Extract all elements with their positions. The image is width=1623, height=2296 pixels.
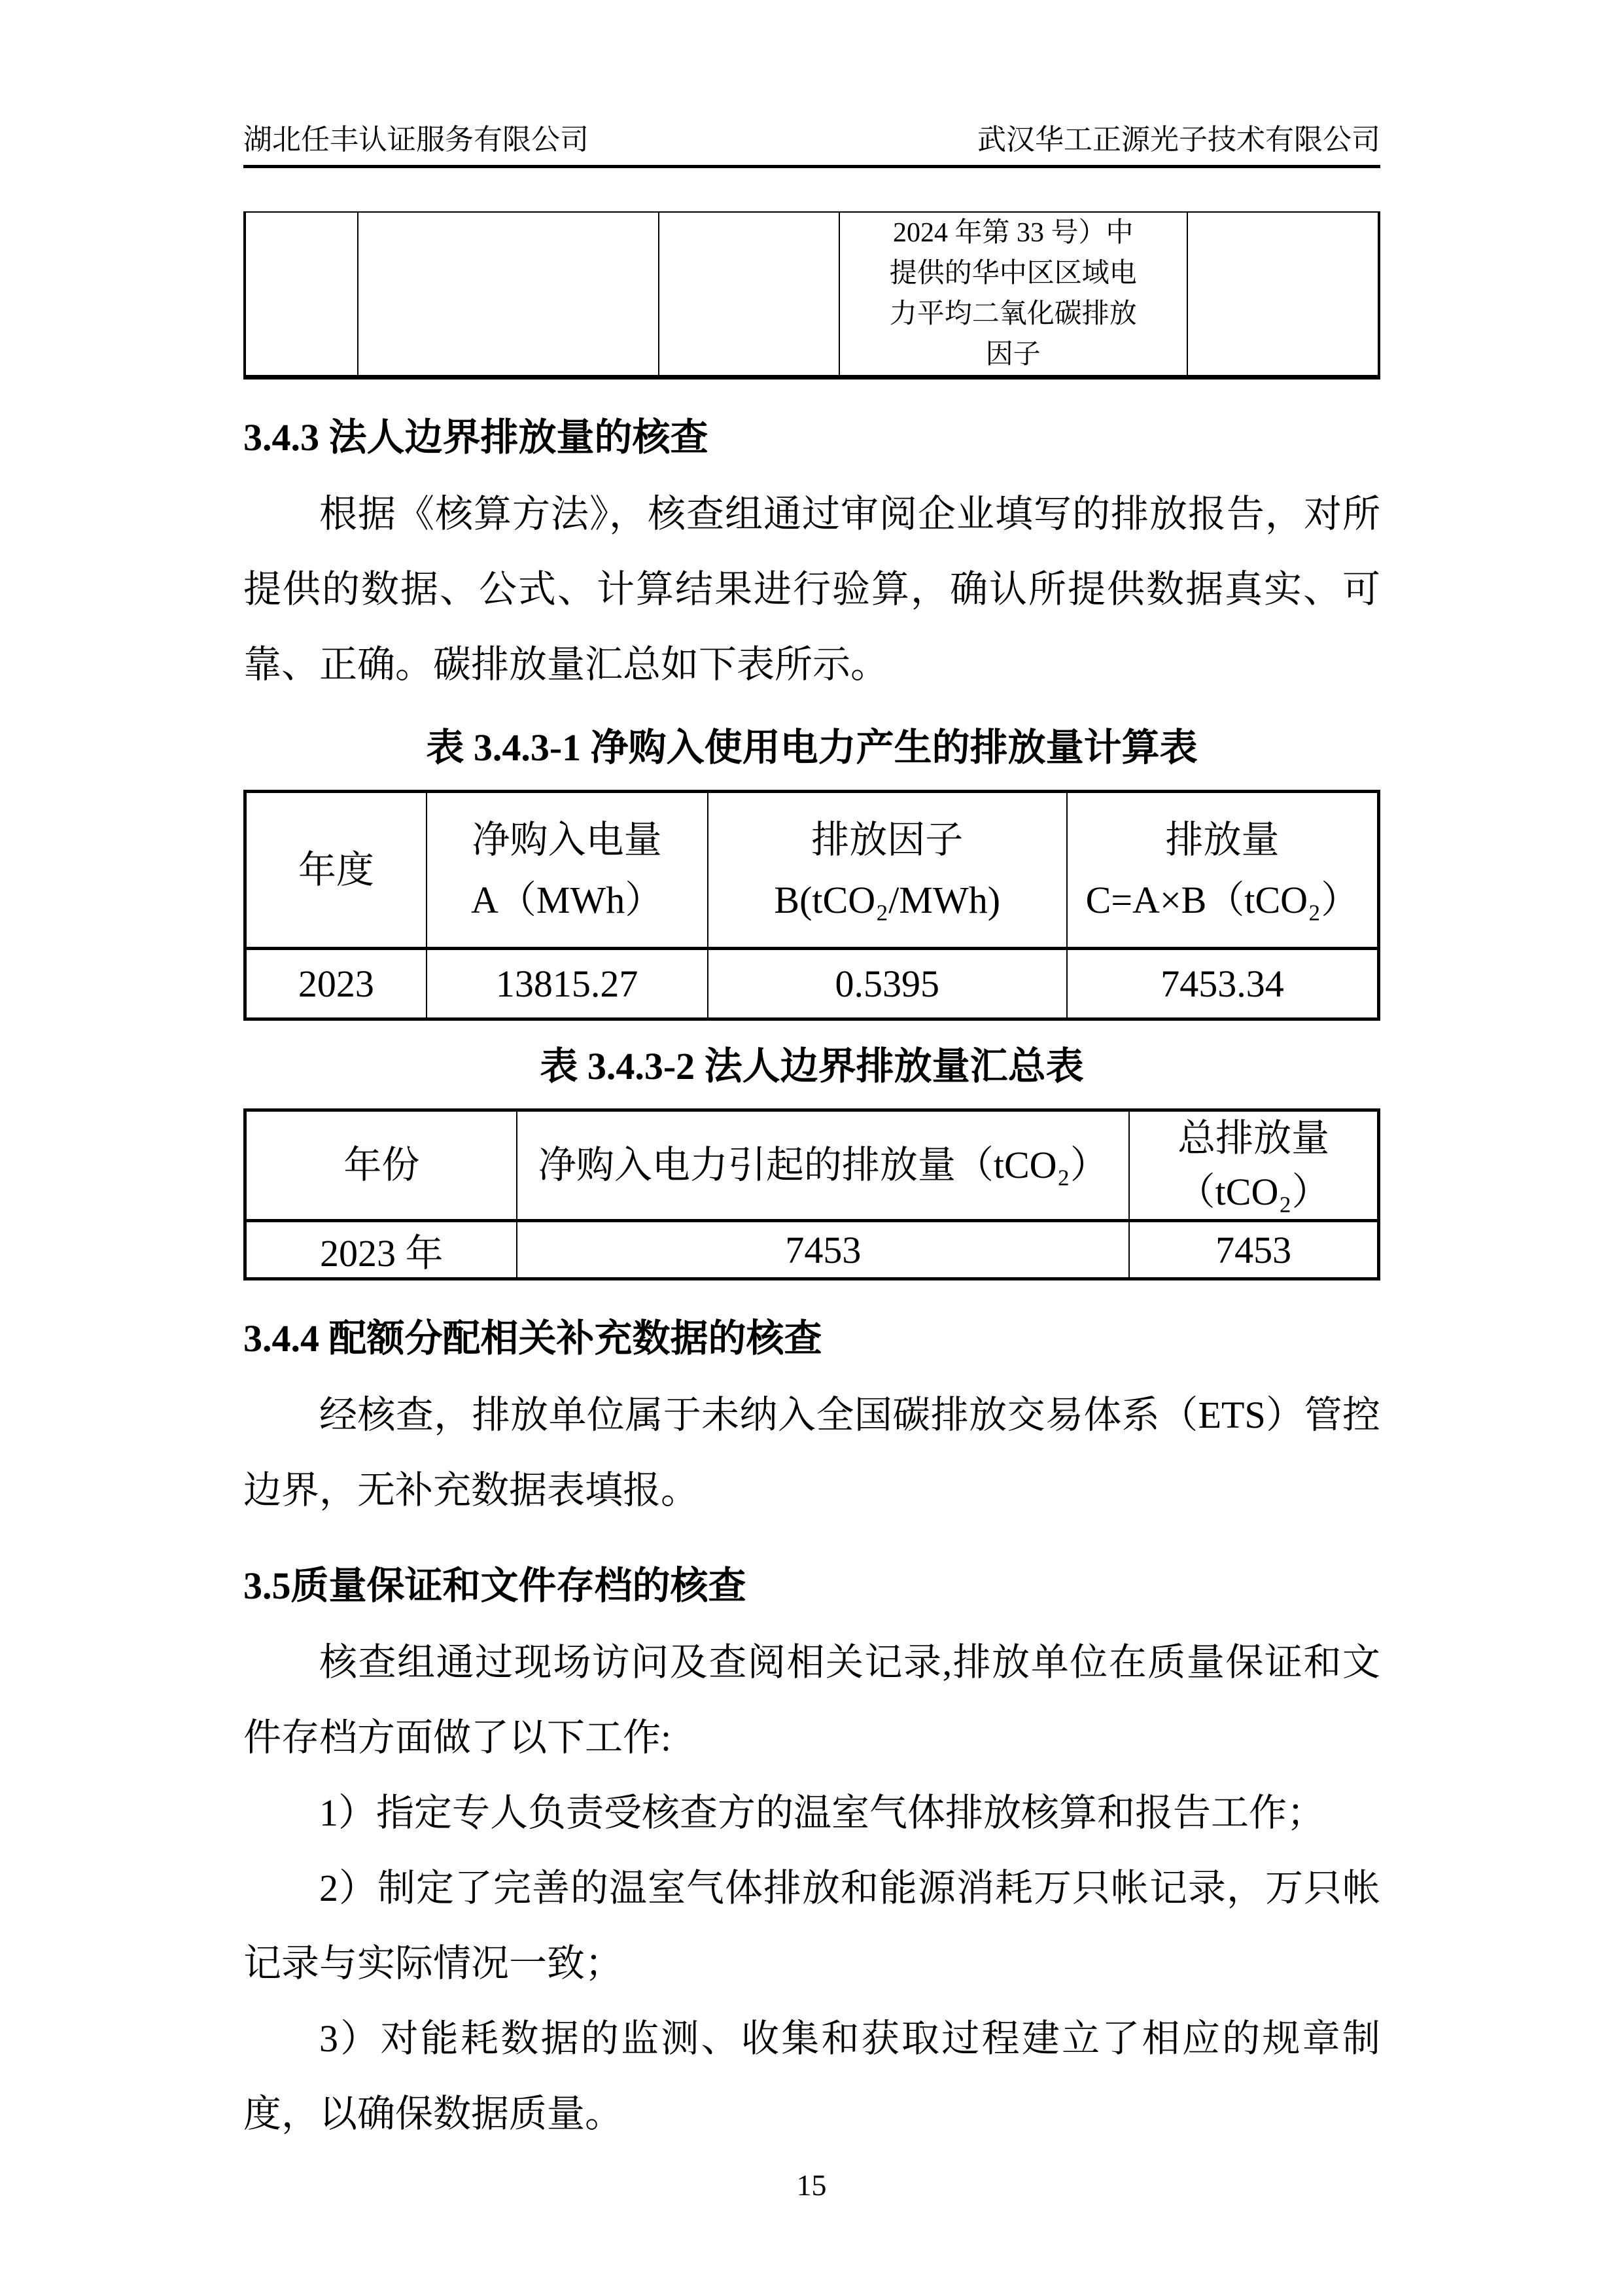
cell-electricity-emissions: 7453	[517, 1221, 1129, 1279]
table-header-row: 年度 净购入电量 A（MWh） 排放因子 B(tCO₂/MWh) 排放量 C=A…	[245, 792, 1379, 949]
table-row: 2023 13815.27 0.5395 7453.34	[245, 949, 1379, 1019]
header-rule	[243, 165, 1380, 168]
boundary-emission-summary-table: 年份 净购入电力引起的排放量（tCO₂） 总排放量 （tCO₂） 2023 年 …	[243, 1108, 1380, 1280]
col-header-net-purchased-electricity: 净购入电量 A（MWh）	[427, 792, 708, 949]
continued-table: 2024 年第 33 号）中 提供的华中区区域电 力平均二氧化碳排放 因子	[243, 211, 1380, 380]
cell-year: 2023	[245, 949, 427, 1019]
cell-emission-factor: 0.5395	[708, 949, 1067, 1019]
list-item-2: 2）制定了完善的温室气体排放和能源消耗万只帐记录，万只帐记录与实际情况一致；	[243, 1850, 1380, 2001]
paragraph-3-4-3: 根据《核算方法》，核查组通过审阅企业填写的排放报告，对所提供的数据、公式、计算结…	[243, 476, 1380, 702]
table-cell	[1187, 212, 1379, 378]
col-header-year: 年度	[245, 792, 427, 949]
col-header-electricity-emissions: 净购入电力引起的排放量（tCO₂）	[517, 1110, 1129, 1221]
page-header: 湖北任丰认证服务有限公司 武汉华工正源光子技术有限公司	[243, 123, 1380, 157]
cell-net-purchased-electricity: 13815.27	[427, 949, 708, 1019]
table2-title: 表 3.4.3-2 法人边界排放量汇总表	[243, 1042, 1380, 1091]
header-left-company: 湖北任丰认证服务有限公司	[243, 123, 589, 157]
table-cell	[659, 212, 839, 378]
electricity-emission-calc-table: 年度 净购入电量 A（MWh） 排放因子 B(tCO₂/MWh) 排放量 C=A…	[243, 790, 1380, 1021]
section-heading-3-5: 3.5质量保证和文件存档的核查	[243, 1547, 1380, 1625]
table-cell	[245, 212, 358, 378]
list-item-1: 1）指定专人负责受核查方的温室气体排放核算和报告工作；	[243, 1775, 1380, 1850]
page-number: 15	[0, 2168, 1623, 2203]
section-heading-3-4-4: 3.4.4 配额分配相关补充数据的核查	[243, 1300, 1380, 1377]
col-header-emission-amount: 排放量 C=A×B（tCO₂）	[1067, 792, 1379, 949]
cell-total-emissions: 7453	[1129, 1221, 1378, 1279]
table-cell-emission-factor-note: 2024 年第 33 号）中 提供的华中区区域电 力平均二氧化碳排放 因子	[839, 212, 1187, 378]
table-row: 2023 年 7453 7453	[245, 1221, 1379, 1279]
header-right-company: 武汉华工正源光子技术有限公司	[977, 123, 1380, 157]
table-header-row: 年份 净购入电力引起的排放量（tCO₂） 总排放量 （tCO₂）	[245, 1110, 1379, 1221]
paragraph-3-4-4: 经核查，排放单位属于未纳入全国碳排放交易体系（ETS）管控边界，无补充数据表填报…	[243, 1377, 1380, 1528]
table1-title: 表 3.4.3-1 净购入使用电力产生的排放量计算表	[243, 723, 1380, 773]
list-item-3: 3）对能耗数据的监测、收集和获取过程建立了相应的规章制度，以确保数据质量。	[243, 2001, 1380, 2151]
table-row: 2024 年第 33 号）中 提供的华中区区域电 力平均二氧化碳排放 因子	[245, 212, 1379, 378]
col-header-year: 年份	[245, 1110, 517, 1221]
table-cell	[358, 212, 659, 378]
section-heading-3-4-3: 3.4.3 法人边界排放量的核查	[243, 399, 1380, 476]
paragraph-3-5-intro: 核查组通过现场访问及查阅相关记录,排放单位在质量保证和文件存档方面做了以下工作:	[243, 1625, 1380, 1775]
document-page: 湖北任丰认证服务有限公司 武汉华工正源光子技术有限公司 2024 年第 33 号…	[243, 0, 1380, 2151]
cell-year: 2023 年	[245, 1221, 517, 1279]
col-header-emission-factor: 排放因子 B(tCO₂/MWh)	[708, 792, 1067, 949]
cell-emission-amount: 7453.34	[1067, 949, 1379, 1019]
col-header-total-emissions: 总排放量 （tCO₂）	[1129, 1110, 1378, 1221]
